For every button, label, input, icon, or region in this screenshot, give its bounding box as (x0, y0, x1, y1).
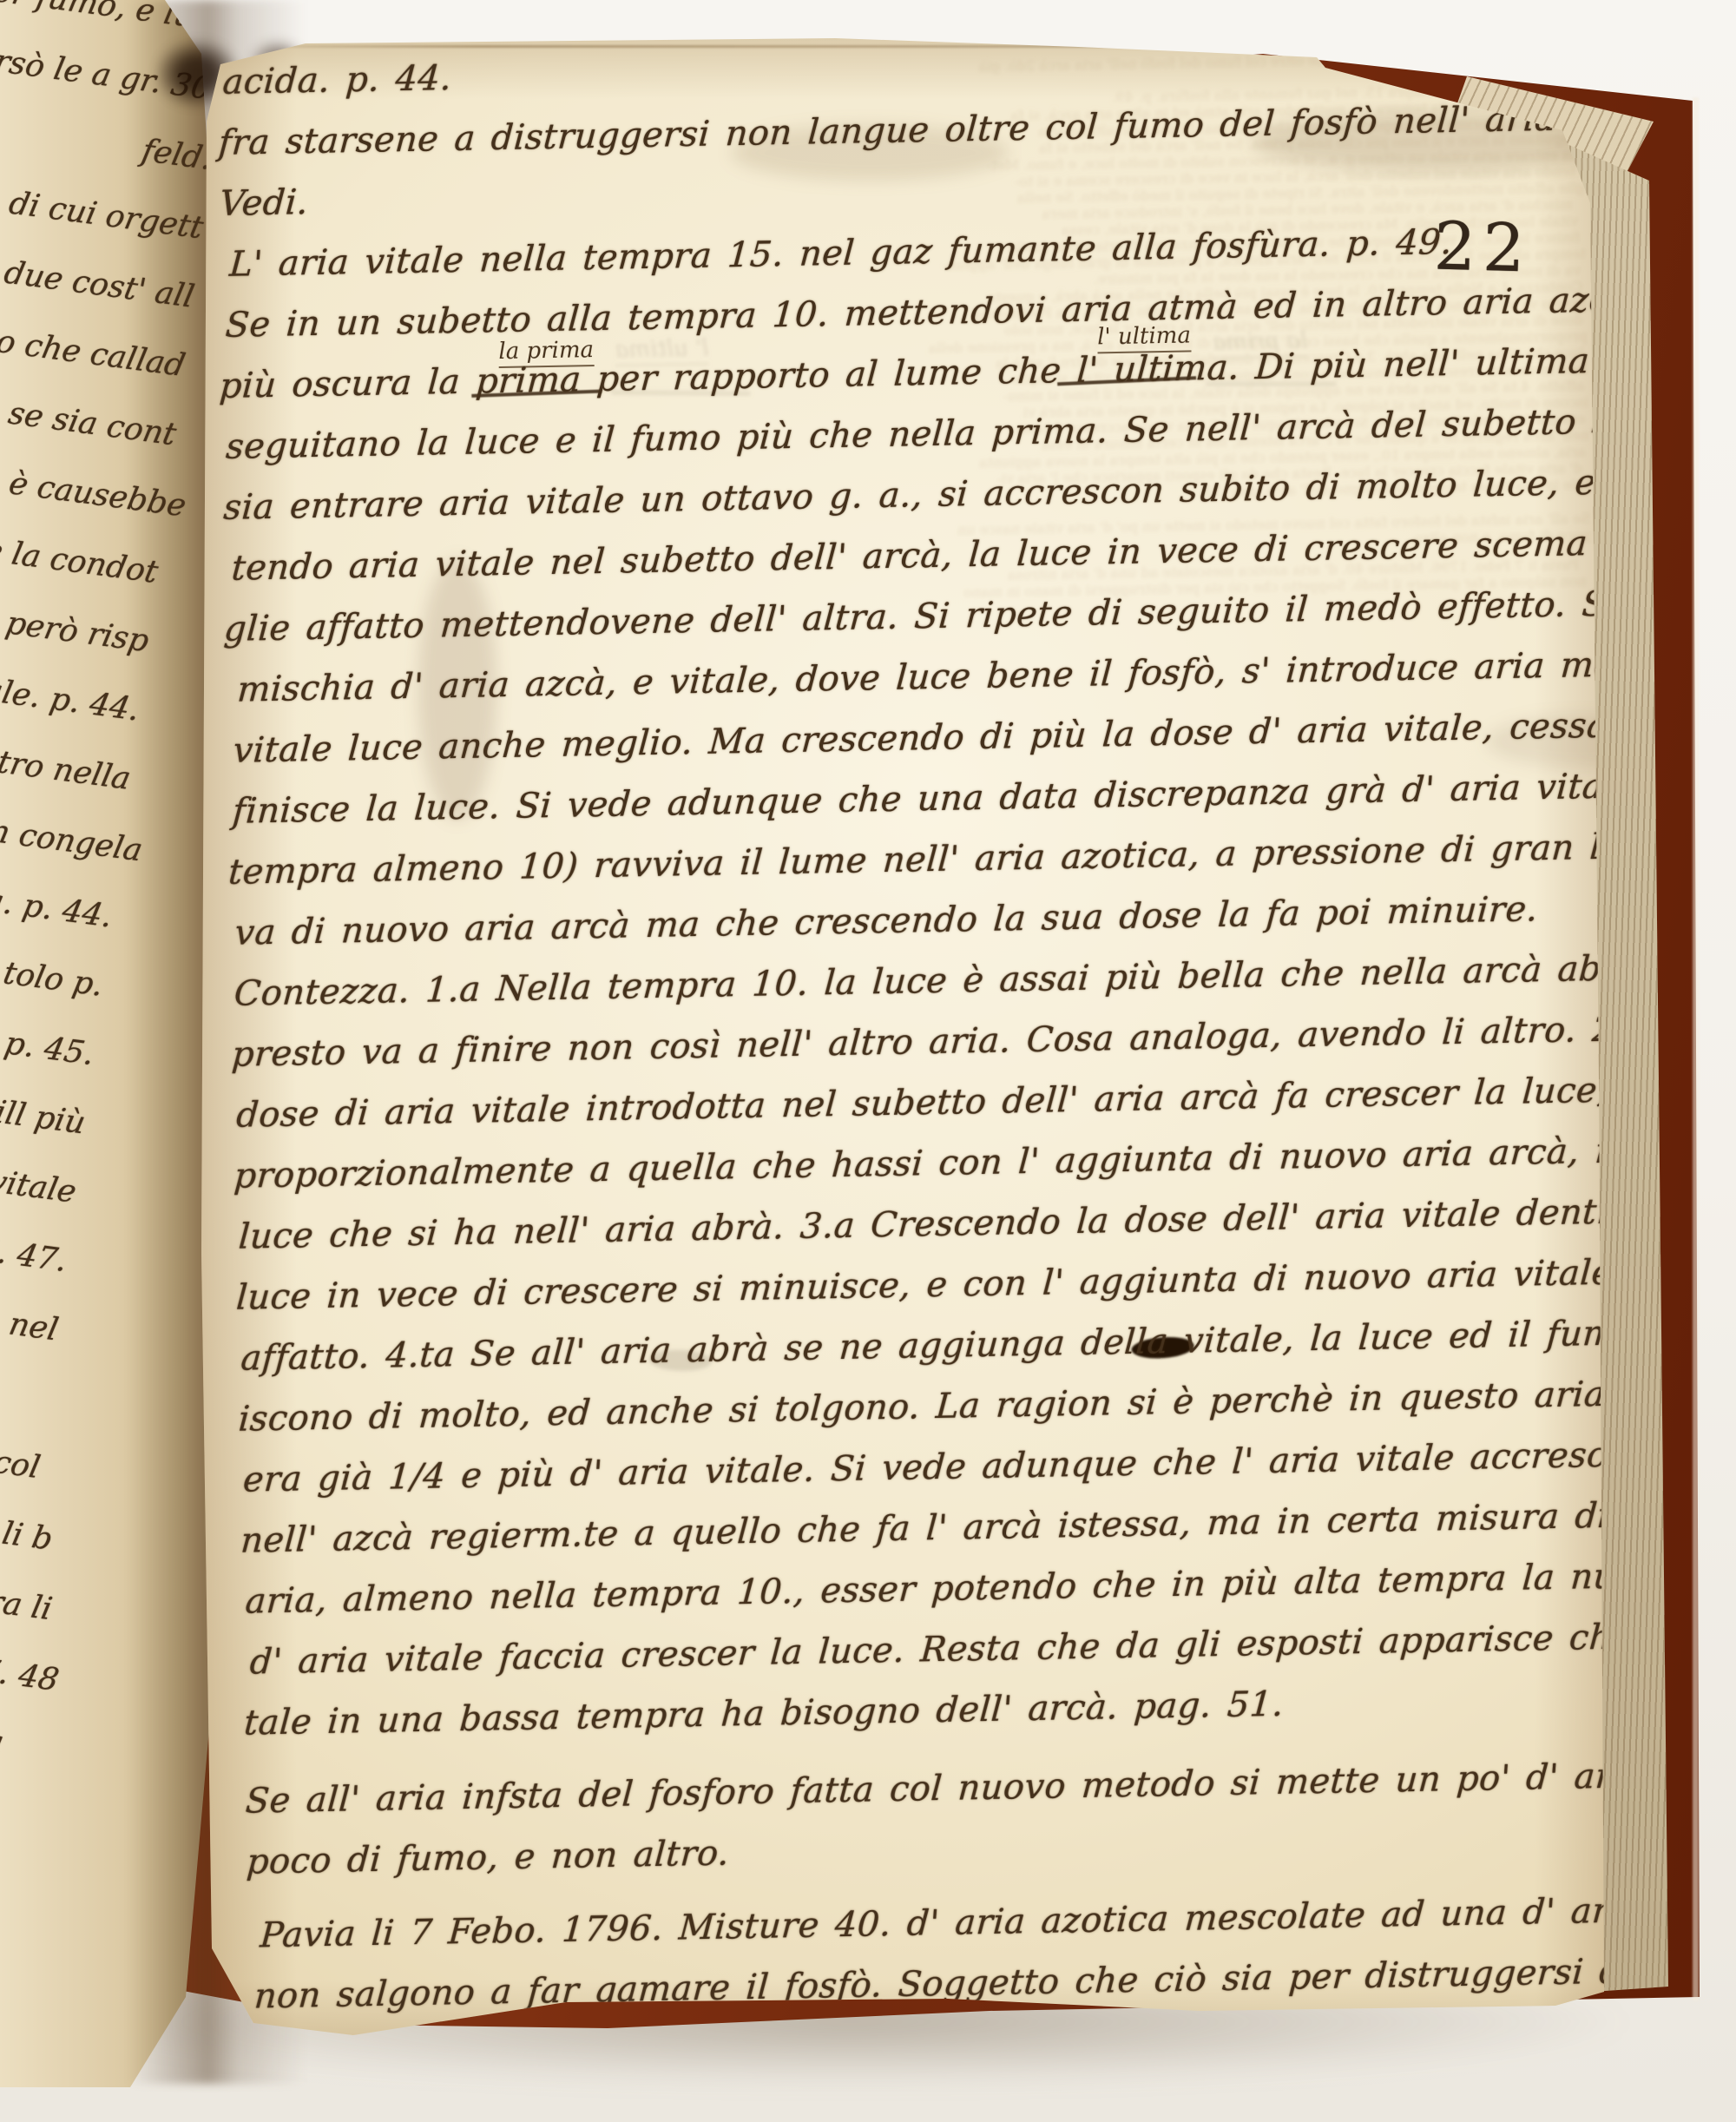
book-cover-edge-highlight (1693, 97, 1699, 2000)
page-number-stamp: 22 (1433, 208, 1533, 287)
manuscript-photo: { "colors": { "ink": "#44301b", "paper":… (0, 0, 1736, 2122)
manuscript-lines: la prima l' ultima acida. p. 44.fra star… (214, 27, 1622, 2027)
manuscript-page: la prima l' ultima acida. p. 44.fra star… (201, 38, 1604, 2035)
